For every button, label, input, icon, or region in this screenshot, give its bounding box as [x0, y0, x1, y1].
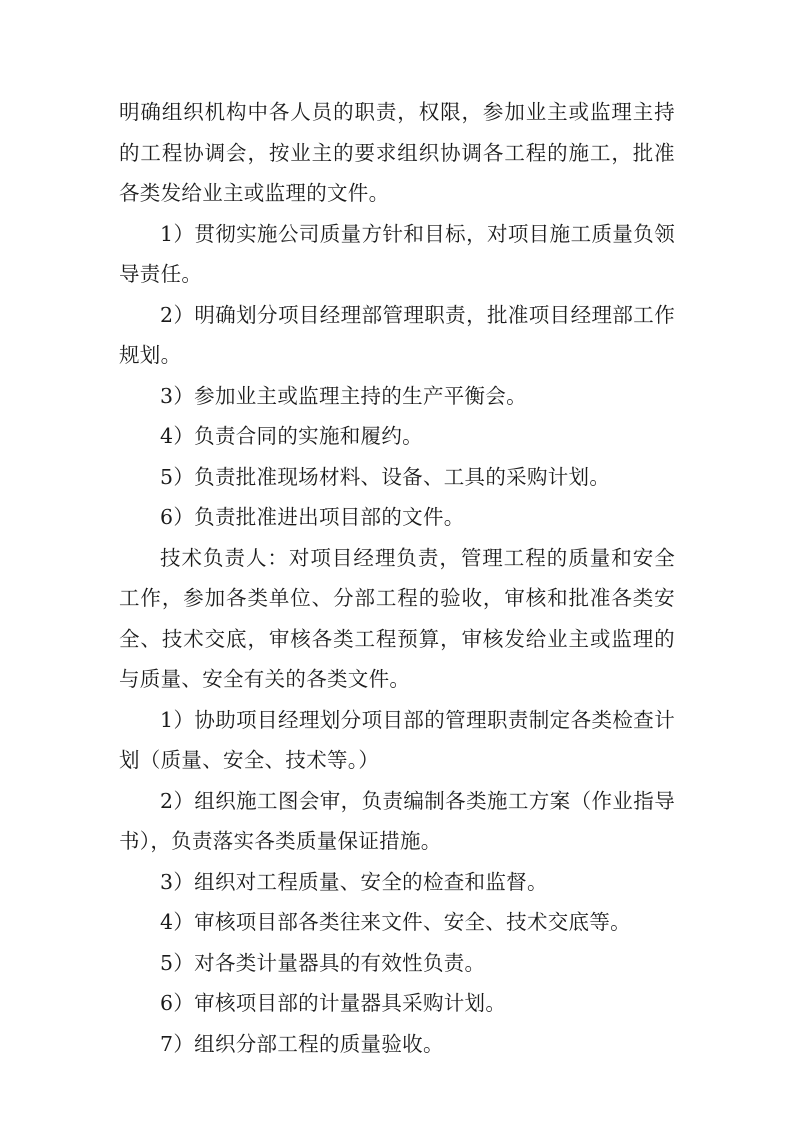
paragraph-pm-item-2: 2）明确划分项目经理部管理职责，批准项目经理部工作规划。 [119, 295, 675, 376]
paragraph-tech-item-4: 4）审核项目部各类往来文件、安全、技术交底等。 [119, 902, 675, 943]
paragraph-pm-item-1: 1）贯彻实施公司质量方针和目标，对项目施工质量负领导责任。 [119, 214, 675, 295]
paragraph-tech-item-1: 1）协助项目经理划分项目部的管理职责制定各类检查计划（质量、安全、技术等。） [119, 700, 675, 781]
paragraph-pm-item-4: 4）负责合同的实施和履约。 [119, 416, 675, 457]
paragraph-tech-item-5: 5）对各类计量器具的有效性负责。 [119, 943, 675, 984]
paragraph-tech-item-7: 7）组织分部工程的质量验收。 [119, 1024, 675, 1065]
paragraph-tech-item-6: 6）审核项目部的计量器具采购计划。 [119, 983, 675, 1024]
paragraph-tech-lead-intro: 技术负责人：对项目经理负责，管理工程的质量和安全工作，参加各类单位、分部工程的验… [119, 538, 675, 700]
paragraph-intro-continuation: 明确组织机构中各人员的职责，权限，参加业主或监理主持的工程协调会，按业主的要求组… [119, 92, 675, 214]
document-page: 明确组织机构中各人员的职责，权限，参加业主或监理主持的工程协调会，按业主的要求组… [119, 92, 675, 1064]
paragraph-tech-item-3: 3）组织对工程质量、安全的检查和监督。 [119, 862, 675, 903]
paragraph-pm-item-5: 5）负责批准现场材料、设备、工具的采购计划。 [119, 457, 675, 498]
paragraph-pm-item-6: 6）负责批准进出项目部的文件。 [119, 497, 675, 538]
paragraph-pm-item-3: 3）参加业主或监理主持的生产平衡会。 [119, 376, 675, 417]
paragraph-tech-item-2: 2）组织施工图会审，负责编制各类施工方案（作业指导书），负责落实各类质量保证措施… [119, 781, 675, 862]
